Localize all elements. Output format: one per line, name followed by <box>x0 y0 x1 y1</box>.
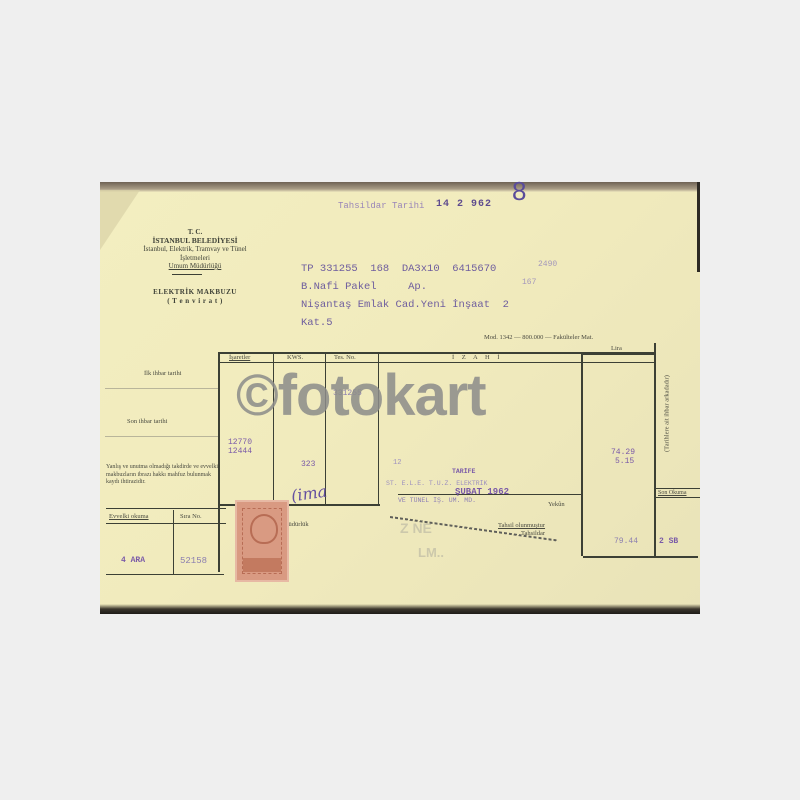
explanation-line-2: TARİFE <box>452 468 475 475</box>
kws-value: 323 <box>301 460 315 469</box>
total-label: Yekûn <box>548 501 565 508</box>
header-rule <box>172 274 202 275</box>
header-enterprises: İşletmeleri <box>110 254 280 263</box>
header-directorate: Umum Müdürlüğü <box>110 262 280 271</box>
last-reading-value: 2 SB <box>659 537 678 546</box>
customer-name: B.Nafi Pakel Ap. <box>301 280 427 294</box>
lira-header-border <box>583 354 654 355</box>
col-header-lira: Lira <box>611 345 622 352</box>
col-header-marks: İşaretler <box>229 354 250 361</box>
explanation-line-3: ST. E.L.E. T.U.Z. ELEKTRİK <box>386 480 487 487</box>
table-left-border <box>218 352 220 572</box>
amount-2: 5.15 <box>615 457 634 466</box>
last-reading-divider <box>655 497 700 498</box>
col-header-kws: KWS. <box>287 354 303 361</box>
previous-reading-value: 4 ARA <box>121 556 145 565</box>
side-note-wrap: (Tarihlere ait ihbar arkadadır) <box>660 330 670 510</box>
collection-date: 14 2 962 <box>436 199 492 210</box>
header-municipality: İSTANBUL BELEDİYESİ <box>110 237 280 246</box>
receipt-title: ELEKTRİK MAKBUZU <box>120 288 270 297</box>
side-note: (Tarihlere ait ihbar arkadadır) <box>664 329 671 499</box>
sequence-no-label: Sıra No. <box>180 513 202 520</box>
customer-name-extra: 167 <box>522 276 536 290</box>
previous-reading-label: Evvelki okuma <box>109 513 149 520</box>
amount-1: 74.29 <box>611 448 635 457</box>
meter-reading-previous: 12444 <box>228 447 252 456</box>
receipt-title-block: ELEKTRİK MAKBUZU ( T e n v i r a t ) <box>120 288 270 305</box>
explanation-line-5: VE TÜNEL İŞ. UM. MD. <box>398 497 476 504</box>
customer-account-extra: 2490 <box>538 258 557 272</box>
collected-label: Tahsil olunmuştur <box>498 522 545 529</box>
revenue-stamp-emblem-icon <box>250 514 278 544</box>
revenue-stamp-value-label <box>243 558 281 572</box>
rule <box>173 510 174 574</box>
paper-edge-shadow <box>697 182 700 272</box>
total-value: 79.44 <box>614 537 638 546</box>
paper-top-shadow <box>100 182 700 192</box>
disclaimer-text: Yanlış ve unutma olmadığı takdirde ve ev… <box>106 464 221 487</box>
meter-reading-current: 12770 <box>228 438 252 447</box>
first-notice-label: İlk ihbar tarihi <box>144 370 182 377</box>
rule <box>106 508 226 509</box>
watermark: ©fotokart <box>236 366 486 426</box>
divider <box>105 388 220 389</box>
customer-account-line: TP 331255 168 DA3x10 6415670 <box>301 262 496 276</box>
handwritten-number: 8 <box>512 176 526 207</box>
last-reading-label: Son Okuma <box>658 490 687 496</box>
issuer-header: T. C. İSTANBUL BELEDİYESİ İstanbul, Elek… <box>110 228 280 271</box>
divider <box>105 436 220 437</box>
revenue-stamp <box>235 500 289 582</box>
collection-date-label: Tahsildar Tarihi <box>338 201 424 211</box>
receipt-subtitle: ( T e n v i r a t ) <box>120 297 270 306</box>
last-notice-label: Son ihbar tarihi <box>127 418 167 425</box>
sequence-value: 52158 <box>180 556 207 566</box>
customer-floor: Kat.5 <box>301 316 333 330</box>
form-code: Mod. 1342 — 800.000 — Fakülteler Mat. <box>484 334 593 341</box>
header-operations: İstanbul, Elektrik, Tramvay ve Tünel <box>110 245 280 254</box>
rule <box>106 574 224 575</box>
customer-address: Nişantaş Emlak Cad.Yeni İnşaat 2 <box>301 298 509 312</box>
faint-stamp-mark: LM.. <box>418 545 444 560</box>
last-reading-divider <box>655 488 700 489</box>
table-bottom-border <box>583 556 698 558</box>
explanation-line-4: ŞUBAT 1962 <box>455 487 509 497</box>
rule <box>106 523 226 524</box>
explanation-line-1: 12 <box>393 459 401 467</box>
table-right-border <box>654 343 656 556</box>
col-header-explanation: İ Z A H İ <box>452 354 502 361</box>
col-divider <box>581 352 583 556</box>
paper-bottom-shadow <box>100 604 700 614</box>
col-header-installation-no: Tes. No. <box>334 354 356 361</box>
